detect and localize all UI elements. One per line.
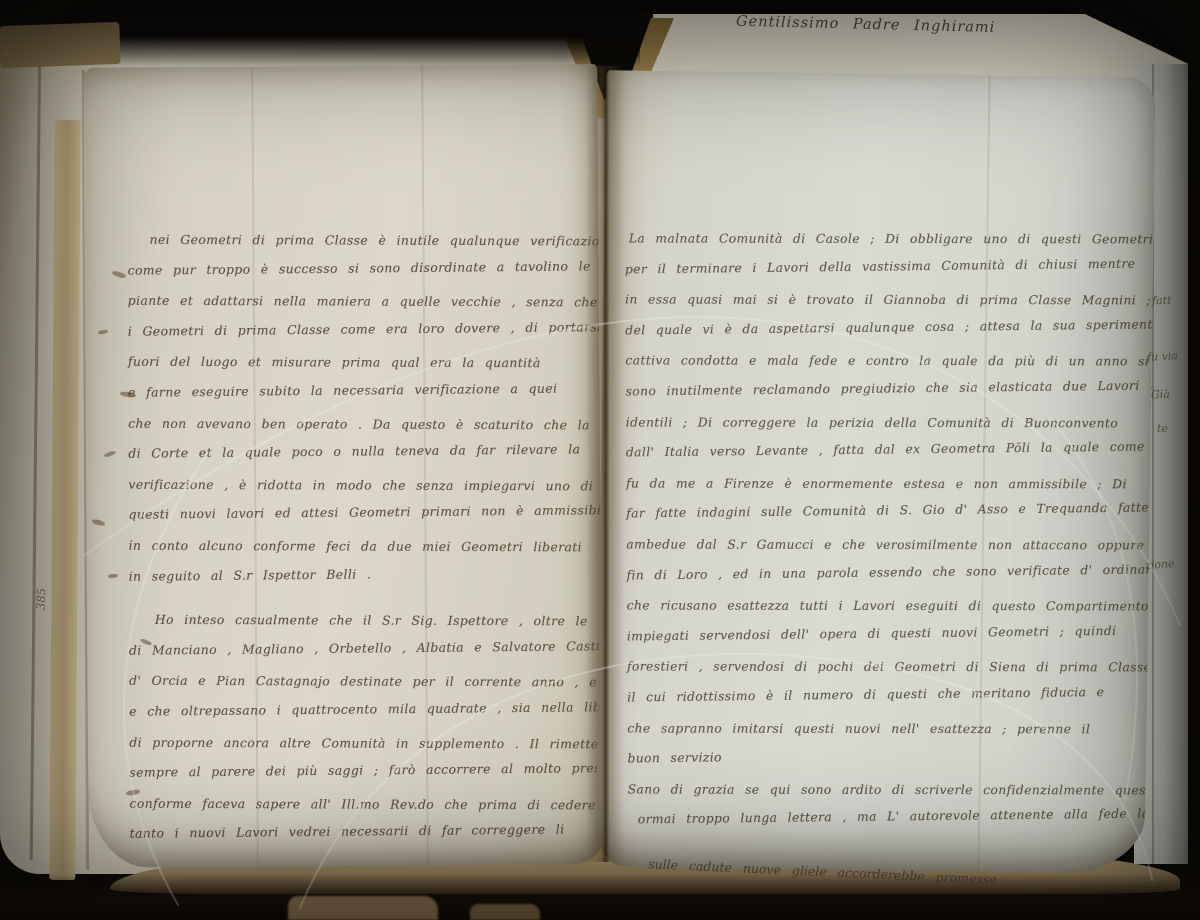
handwriting-line: sempre al parere dei più saggi ; farò ac… (129, 753, 597, 788)
edge-text-fragment: fu via (1147, 349, 1179, 364)
margin-number: 385 (34, 588, 49, 610)
handwriting-line: per il terminare i Lavori della vastissi… (625, 248, 1133, 284)
edge-text-fragment: zione (1145, 557, 1175, 572)
handwriting-line: in seguito al S.r Ispettor Belli . (128, 557, 596, 592)
binding-fragment-bottom (470, 904, 540, 920)
paragraph-1: nei Geometri di prima Classe è inutile q… (127, 223, 596, 592)
paragraph-2: Ho inteso casualmente che il S.r Sig. Is… (129, 603, 598, 849)
background-shadow-top-edge (0, 0, 1200, 14)
handwriting-line: far fatte indagini sulle Comunità di S. … (626, 493, 1134, 529)
edge-text-fragment: Già (1151, 388, 1170, 402)
handwriting-line: ormai troppo lunga lettera , ma L' autor… (628, 799, 1136, 835)
handwriting-line: fin di Loro , ed in una parola essendo c… (626, 554, 1134, 590)
background-edge-right (1188, 0, 1200, 920)
edge-text-fragment: fatt (1152, 294, 1172, 308)
handwriting-line: impiegati servendosi dell' opera di ques… (627, 615, 1135, 651)
edge-text-fragment: te (1157, 422, 1168, 435)
right-page: La malnata Comunità di Casole ; Di obbli… (595, 70, 1155, 874)
handwriting-line: e farne eseguire subito la necessaria ve… (128, 373, 596, 408)
left-page: nei Geometri di prima Classe è inutile q… (83, 64, 603, 868)
handwriting-line: i Geometri di prima Classe come era loro… (128, 312, 596, 347)
right-page-text: La malnata Comunità di Casole ; Di obbli… (625, 221, 1136, 836)
handwriting-line: buon servizio (627, 738, 1135, 774)
handwriting-line: sono inutilmente reclamando pregiudizio … (625, 371, 1133, 407)
handwriting-line: questi nuovi lavori ed attesi Geometri p… (128, 496, 596, 531)
handwriting-line: di Corte et la quale poco o nulla teneva… (128, 434, 596, 469)
handwriting-line: del quale vi è da aspettarsi qualunque c… (625, 309, 1133, 345)
handwriting-line: dall' Italia verso Levante , fatta dal e… (626, 432, 1134, 468)
handwriting-line: come pur troppo è successo si sono disor… (127, 251, 595, 286)
handwriting-line: tanto i nuovi Lavori vedrei necessarii d… (129, 814, 597, 849)
handwriting-line: il cui ridottissimo è il numero di quest… (627, 677, 1135, 713)
handwriting-line: e che oltrepassano i quattrocento mila q… (129, 692, 597, 727)
manuscript-photo: nei Geometri di prima Classe è inutile q… (0, 0, 1200, 920)
left-page-text: nei Geometri di prima Classe è inutile q… (127, 223, 597, 850)
handwriting-line: di Manciano , Magliano , Orbetello , Alb… (129, 631, 597, 666)
binding-fragment-bottom (288, 896, 438, 920)
tan-paper-strip (49, 120, 80, 880)
binding-edge-top-left (0, 22, 121, 68)
